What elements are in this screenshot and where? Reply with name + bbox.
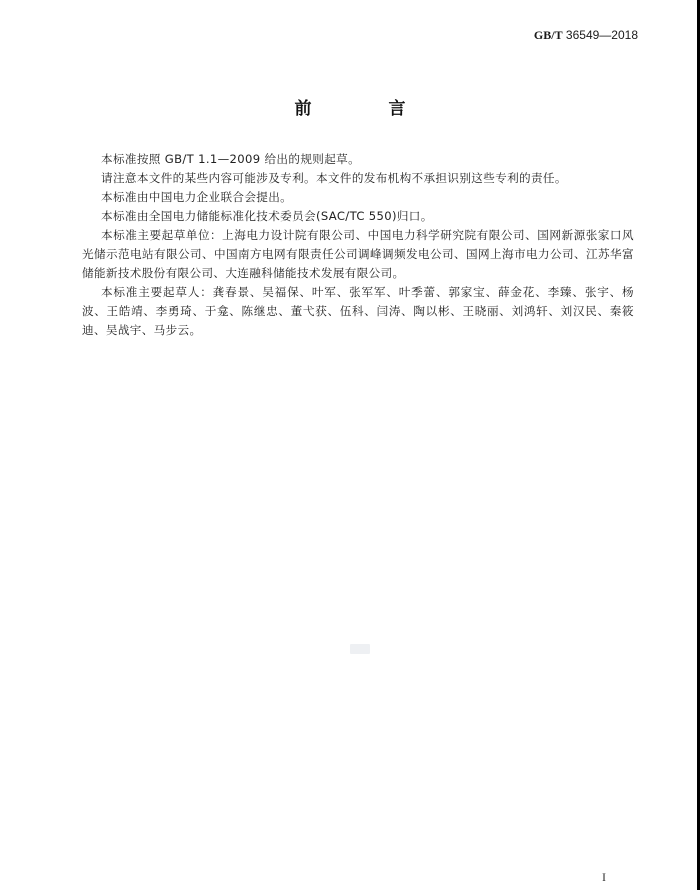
standard-code: GB/T 36549—2018	[534, 28, 638, 43]
standard-number: 36549—2018	[566, 28, 638, 42]
page-title: 前 言	[0, 94, 700, 119]
paragraph-drafters: 本标准主要起草人：龚春景、吴福保、叶军、张军军、叶季蕾、郭家宝、薛金花、李臻、张…	[82, 283, 634, 340]
paragraph-committee: 本标准由全国电力储能标准化技术委员会(SAC/TC 550)归口。	[82, 207, 634, 226]
standard-prefix: GB/T	[534, 28, 563, 42]
foreword-body: 本标准按照 GB/T 1.1—2009 给出的规则起草。 请注意本文件的某些内容…	[82, 150, 634, 340]
paragraph-drafting-rules: 本标准按照 GB/T 1.1—2009 给出的规则起草。	[82, 150, 634, 169]
paragraph-drafting-units: 本标准主要起草单位：上海电力设计院有限公司、中国电力科学研究院有限公司、国网新源…	[82, 226, 634, 283]
paragraph-proposer: 本标准由中国电力企业联合会提出。	[82, 188, 634, 207]
paragraph-patent-notice: 请注意本文件的某些内容可能涉及专利。本文件的发布机构不承担识别这些专利的责任。	[82, 169, 634, 188]
page-number: I	[602, 870, 606, 885]
scan-artifact	[350, 644, 370, 654]
